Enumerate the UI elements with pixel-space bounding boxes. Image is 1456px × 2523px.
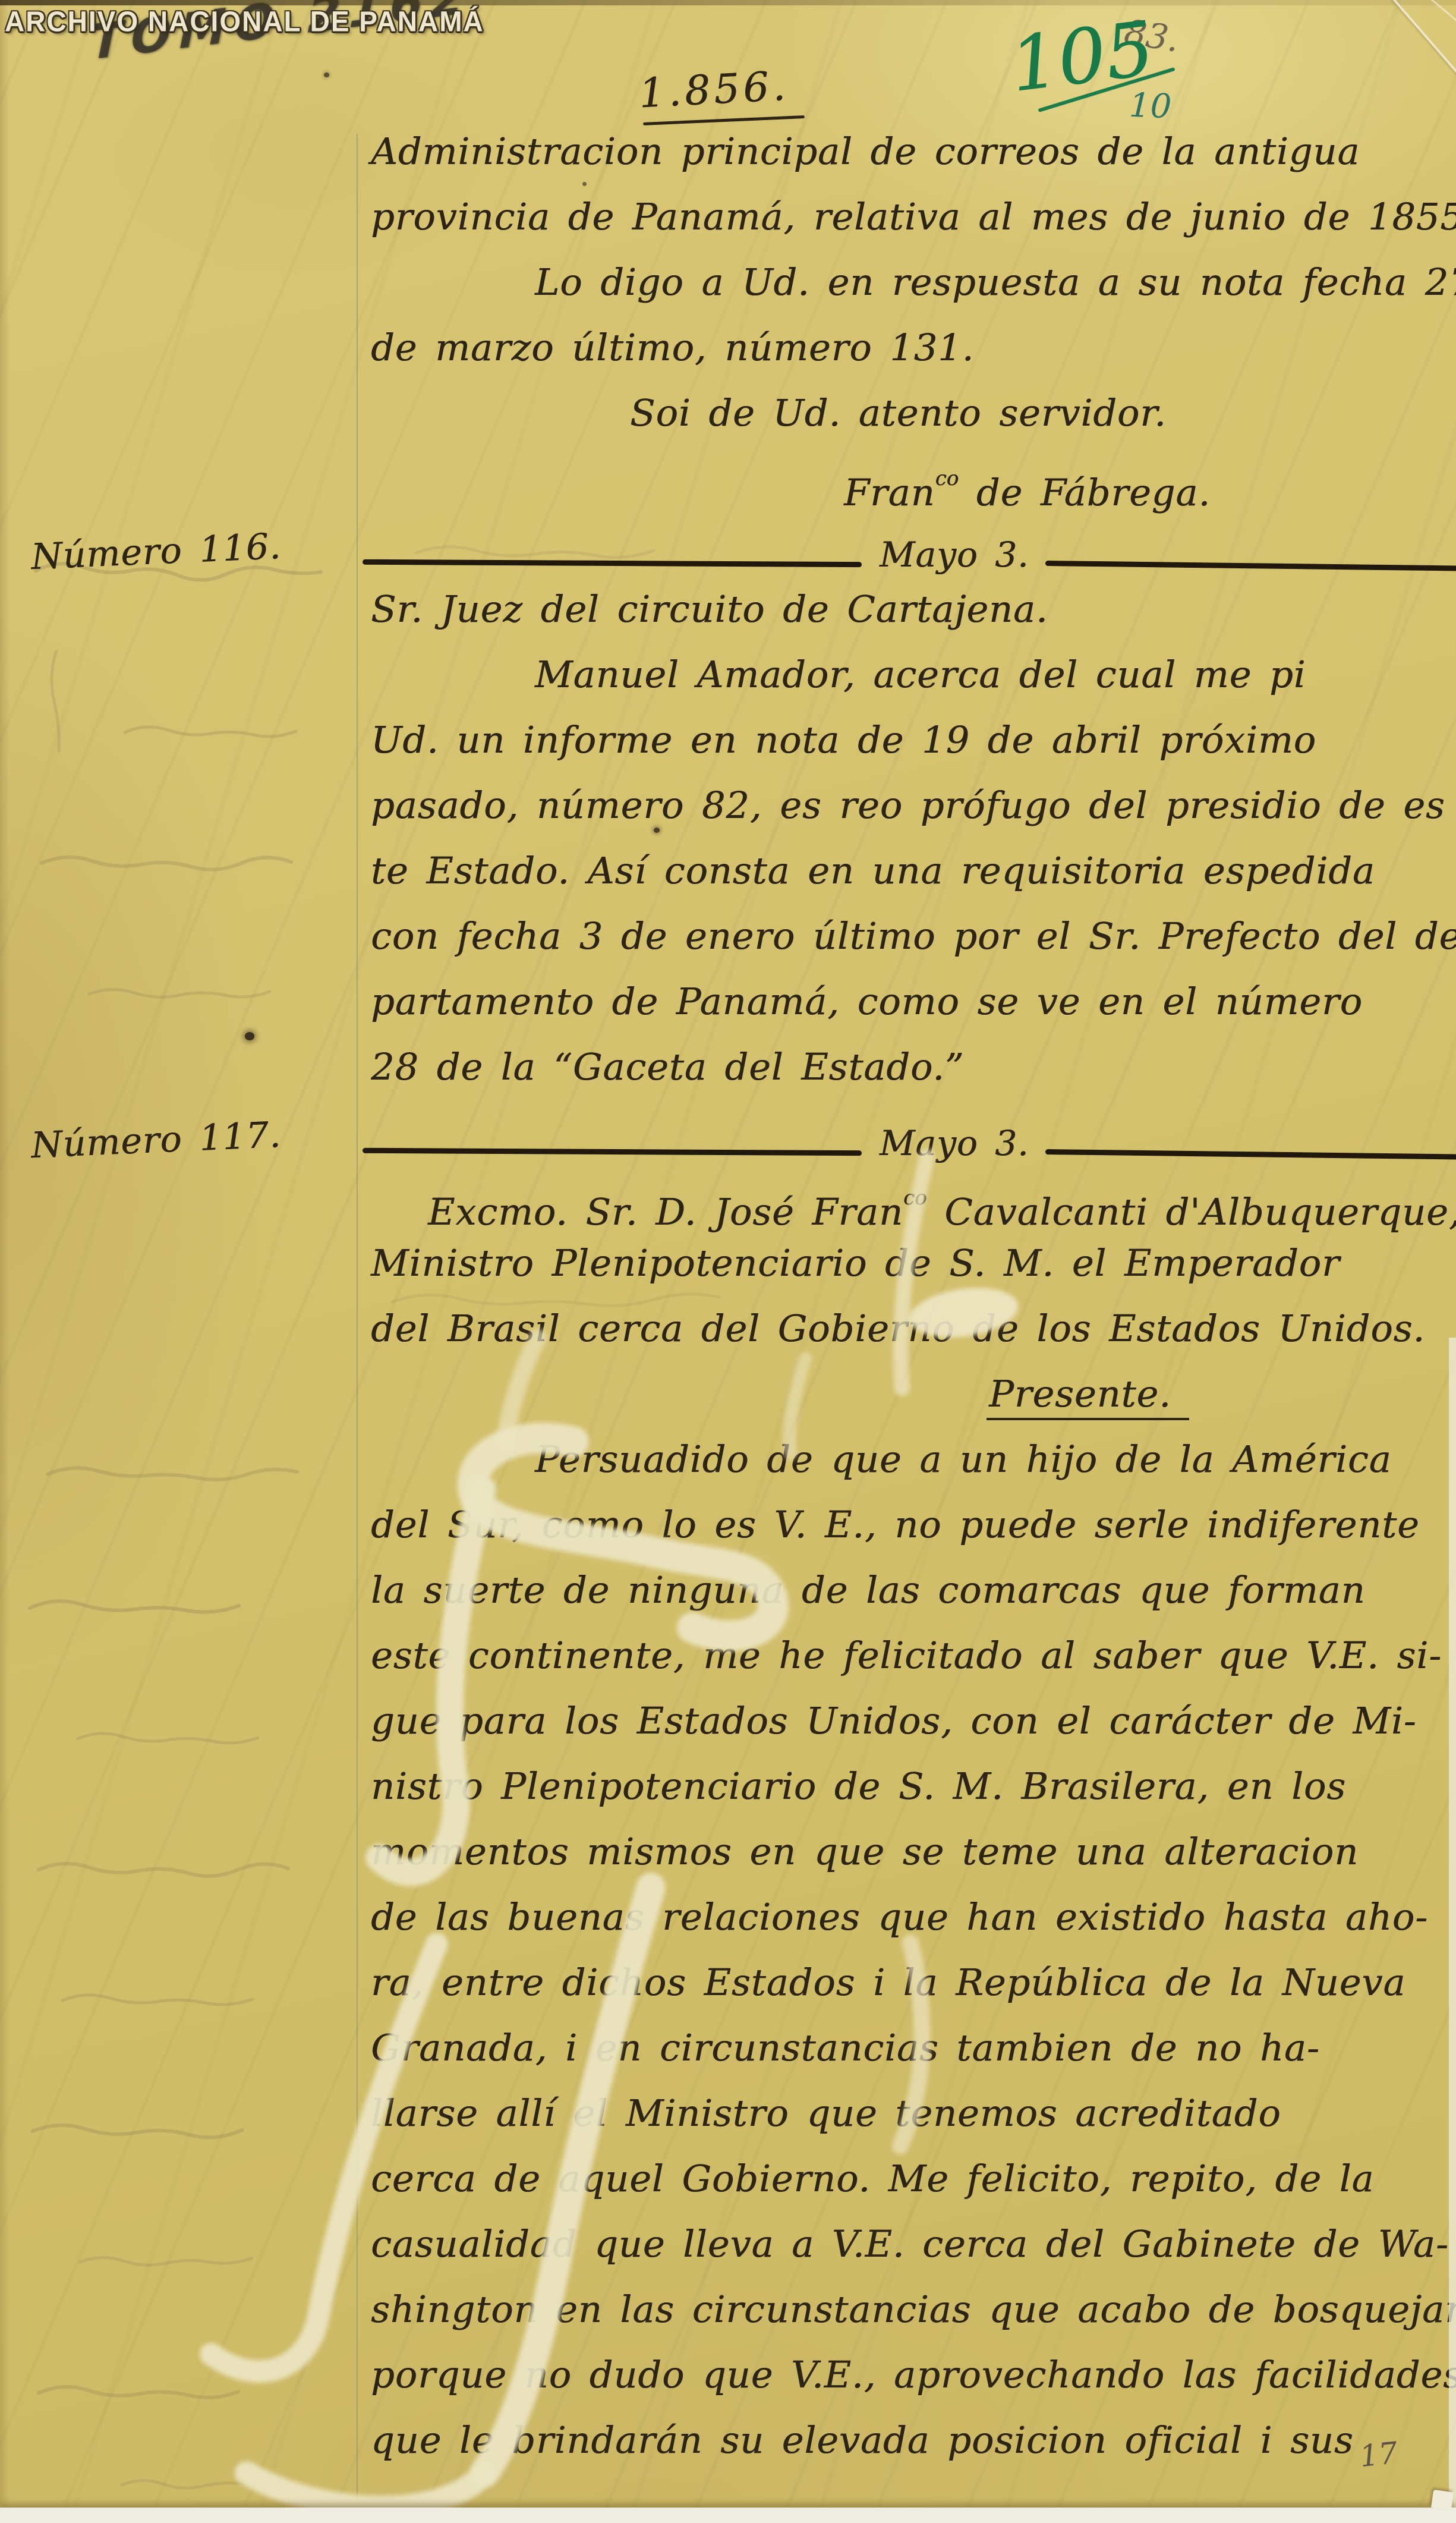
divider-rule-right xyxy=(1045,561,1456,571)
manuscript-line: Sr. Juez del circuito de Cartajena. xyxy=(357,577,1456,642)
signature-superscript: co xyxy=(935,467,959,490)
manuscript-line: 28 de la “Gaceta del Estado.” xyxy=(357,1034,1456,1100)
presente-heading: Presente. xyxy=(357,1361,1456,1427)
manuscript-line: este continente, me he felicitado al sab… xyxy=(357,1623,1456,1688)
ink-blot xyxy=(245,1032,254,1040)
signature-surname: de Fábrega. xyxy=(959,471,1211,514)
manuscript-line: la suerte de ninguna de las comarcas que… xyxy=(357,1558,1456,1623)
entry-number-label: Número 116. xyxy=(30,523,341,579)
addressee-name: Excmo. Sr. D. José Fran xyxy=(428,1190,903,1234)
manuscript-line: del Sur, como lo es V. E., no puede serl… xyxy=(357,1492,1456,1558)
manuscript-line: gue para los Estados Unidos, con el cará… xyxy=(357,1688,1456,1754)
manuscript-line: con fecha 3 de enero último por el Sr. P… xyxy=(357,904,1456,969)
manuscript-line: momentos mismos en que se teme una alter… xyxy=(357,1819,1456,1885)
manuscript-line: de marzo último, número 131. xyxy=(357,315,1456,380)
paper-right-edge xyxy=(1449,1338,1456,2523)
entry-number-label: Número 117. xyxy=(30,1111,341,1168)
folio-number-green: 105 xyxy=(1006,5,1158,109)
corner-page-number: 17 xyxy=(1358,2436,1399,2474)
manuscript-line: ra, entre dichos Estados i la República … xyxy=(357,1950,1456,2015)
divider-rule-right xyxy=(1045,1149,1456,1160)
manuscript-line: casualidad que lleva a V.E. cerca del Ga… xyxy=(357,2211,1456,2277)
manuscript-line: llarse allí el Ministro que tenemos acre… xyxy=(357,2081,1456,2146)
manuscript-line: shington en las circunstancias que acabo… xyxy=(357,2277,1456,2342)
manuscript-line: Ud. un informe en nota de 19 de abril pr… xyxy=(357,707,1456,773)
manuscript-scan-page: ARCHIVO NACIONAL DE PANAMÁ TOMO 2162 1.8… xyxy=(0,0,1456,2523)
addressee-superscript: co xyxy=(903,1186,927,1210)
manuscript-line: Lo digo a Ud. en respuesta a su nota fec… xyxy=(357,250,1456,315)
ink-blot xyxy=(324,73,329,77)
ink-blot xyxy=(582,182,587,186)
entry-date-label: Mayo 3. xyxy=(880,1126,1029,1160)
manuscript-line: que le brindarán su elevada posicion ofi… xyxy=(357,2408,1456,2473)
crease-line xyxy=(1379,0,1456,92)
manuscript-line: porque no dudo que V.E., aprovechando la… xyxy=(357,2342,1456,2408)
manuscript-line: pasado, número 82, es reo prófugo del pr… xyxy=(357,773,1456,838)
signature-line: Franco de Fábrega. xyxy=(357,446,1456,511)
corner-curl xyxy=(1431,2490,1454,2510)
entry-divider-117: Número 117. Mayo 3. xyxy=(357,1100,1456,1165)
signature-name: Fran xyxy=(844,471,935,514)
manuscript-line: nistro Plenipotenciario de S. M. Brasile… xyxy=(357,1754,1456,1819)
paper-left-edge xyxy=(0,0,10,2523)
closing-line: Soi de Ud. atento servidor. xyxy=(357,380,1456,446)
manuscript-line: Manuel Amador, acerca del cual me pi xyxy=(357,642,1456,707)
letter-text-column: Administracion principal de correos de l… xyxy=(357,119,1456,2473)
manuscript-line: Ministro Plenipotenciario de S. M. el Em… xyxy=(357,1231,1456,1296)
presente-underlined-text: Presente. xyxy=(987,1372,1189,1420)
entry-divider-116: Número 116. Mayo 3. xyxy=(357,511,1456,577)
ink-blot xyxy=(654,828,660,833)
divider-rule-left xyxy=(363,1148,862,1156)
paper-bottom-edge xyxy=(0,2508,1456,2523)
manuscript-line: Administracion principal de correos de l… xyxy=(357,119,1456,184)
manuscript-line: partamento de Panamá, como se ve en el n… xyxy=(357,969,1456,1034)
divider-rule-left xyxy=(363,559,862,567)
manuscript-line: te Estado. Así consta en una requisitori… xyxy=(357,838,1456,904)
manuscript-line: del Brasil cerca del Gobierno de los Est… xyxy=(357,1296,1456,1361)
addressee-line: Excmo. Sr. D. José Franco Cavalcanti d'A… xyxy=(357,1165,1456,1231)
manuscript-line: de las buenas relaciones que han existid… xyxy=(357,1885,1456,1950)
archive-banner: ARCHIVO NACIONAL DE PANAMÁ xyxy=(5,5,484,38)
manuscript-line: cerca de aquel Gobierno. Me felicito, re… xyxy=(357,2146,1456,2211)
addressee-surname: Cavalcanti d'Albuquerque, xyxy=(927,1190,1456,1234)
year-heading: 1.856. xyxy=(638,62,790,117)
manuscript-line: Persuadido de que a un hijo de la Améric… xyxy=(357,1427,1456,1492)
manuscript-line: provincia de Panamá, relativa al mes de … xyxy=(357,184,1456,250)
entry-date-label: Mayo 3. xyxy=(880,537,1029,572)
manuscript-line: Granada, i en circunstancias tambien de … xyxy=(357,2015,1456,2081)
